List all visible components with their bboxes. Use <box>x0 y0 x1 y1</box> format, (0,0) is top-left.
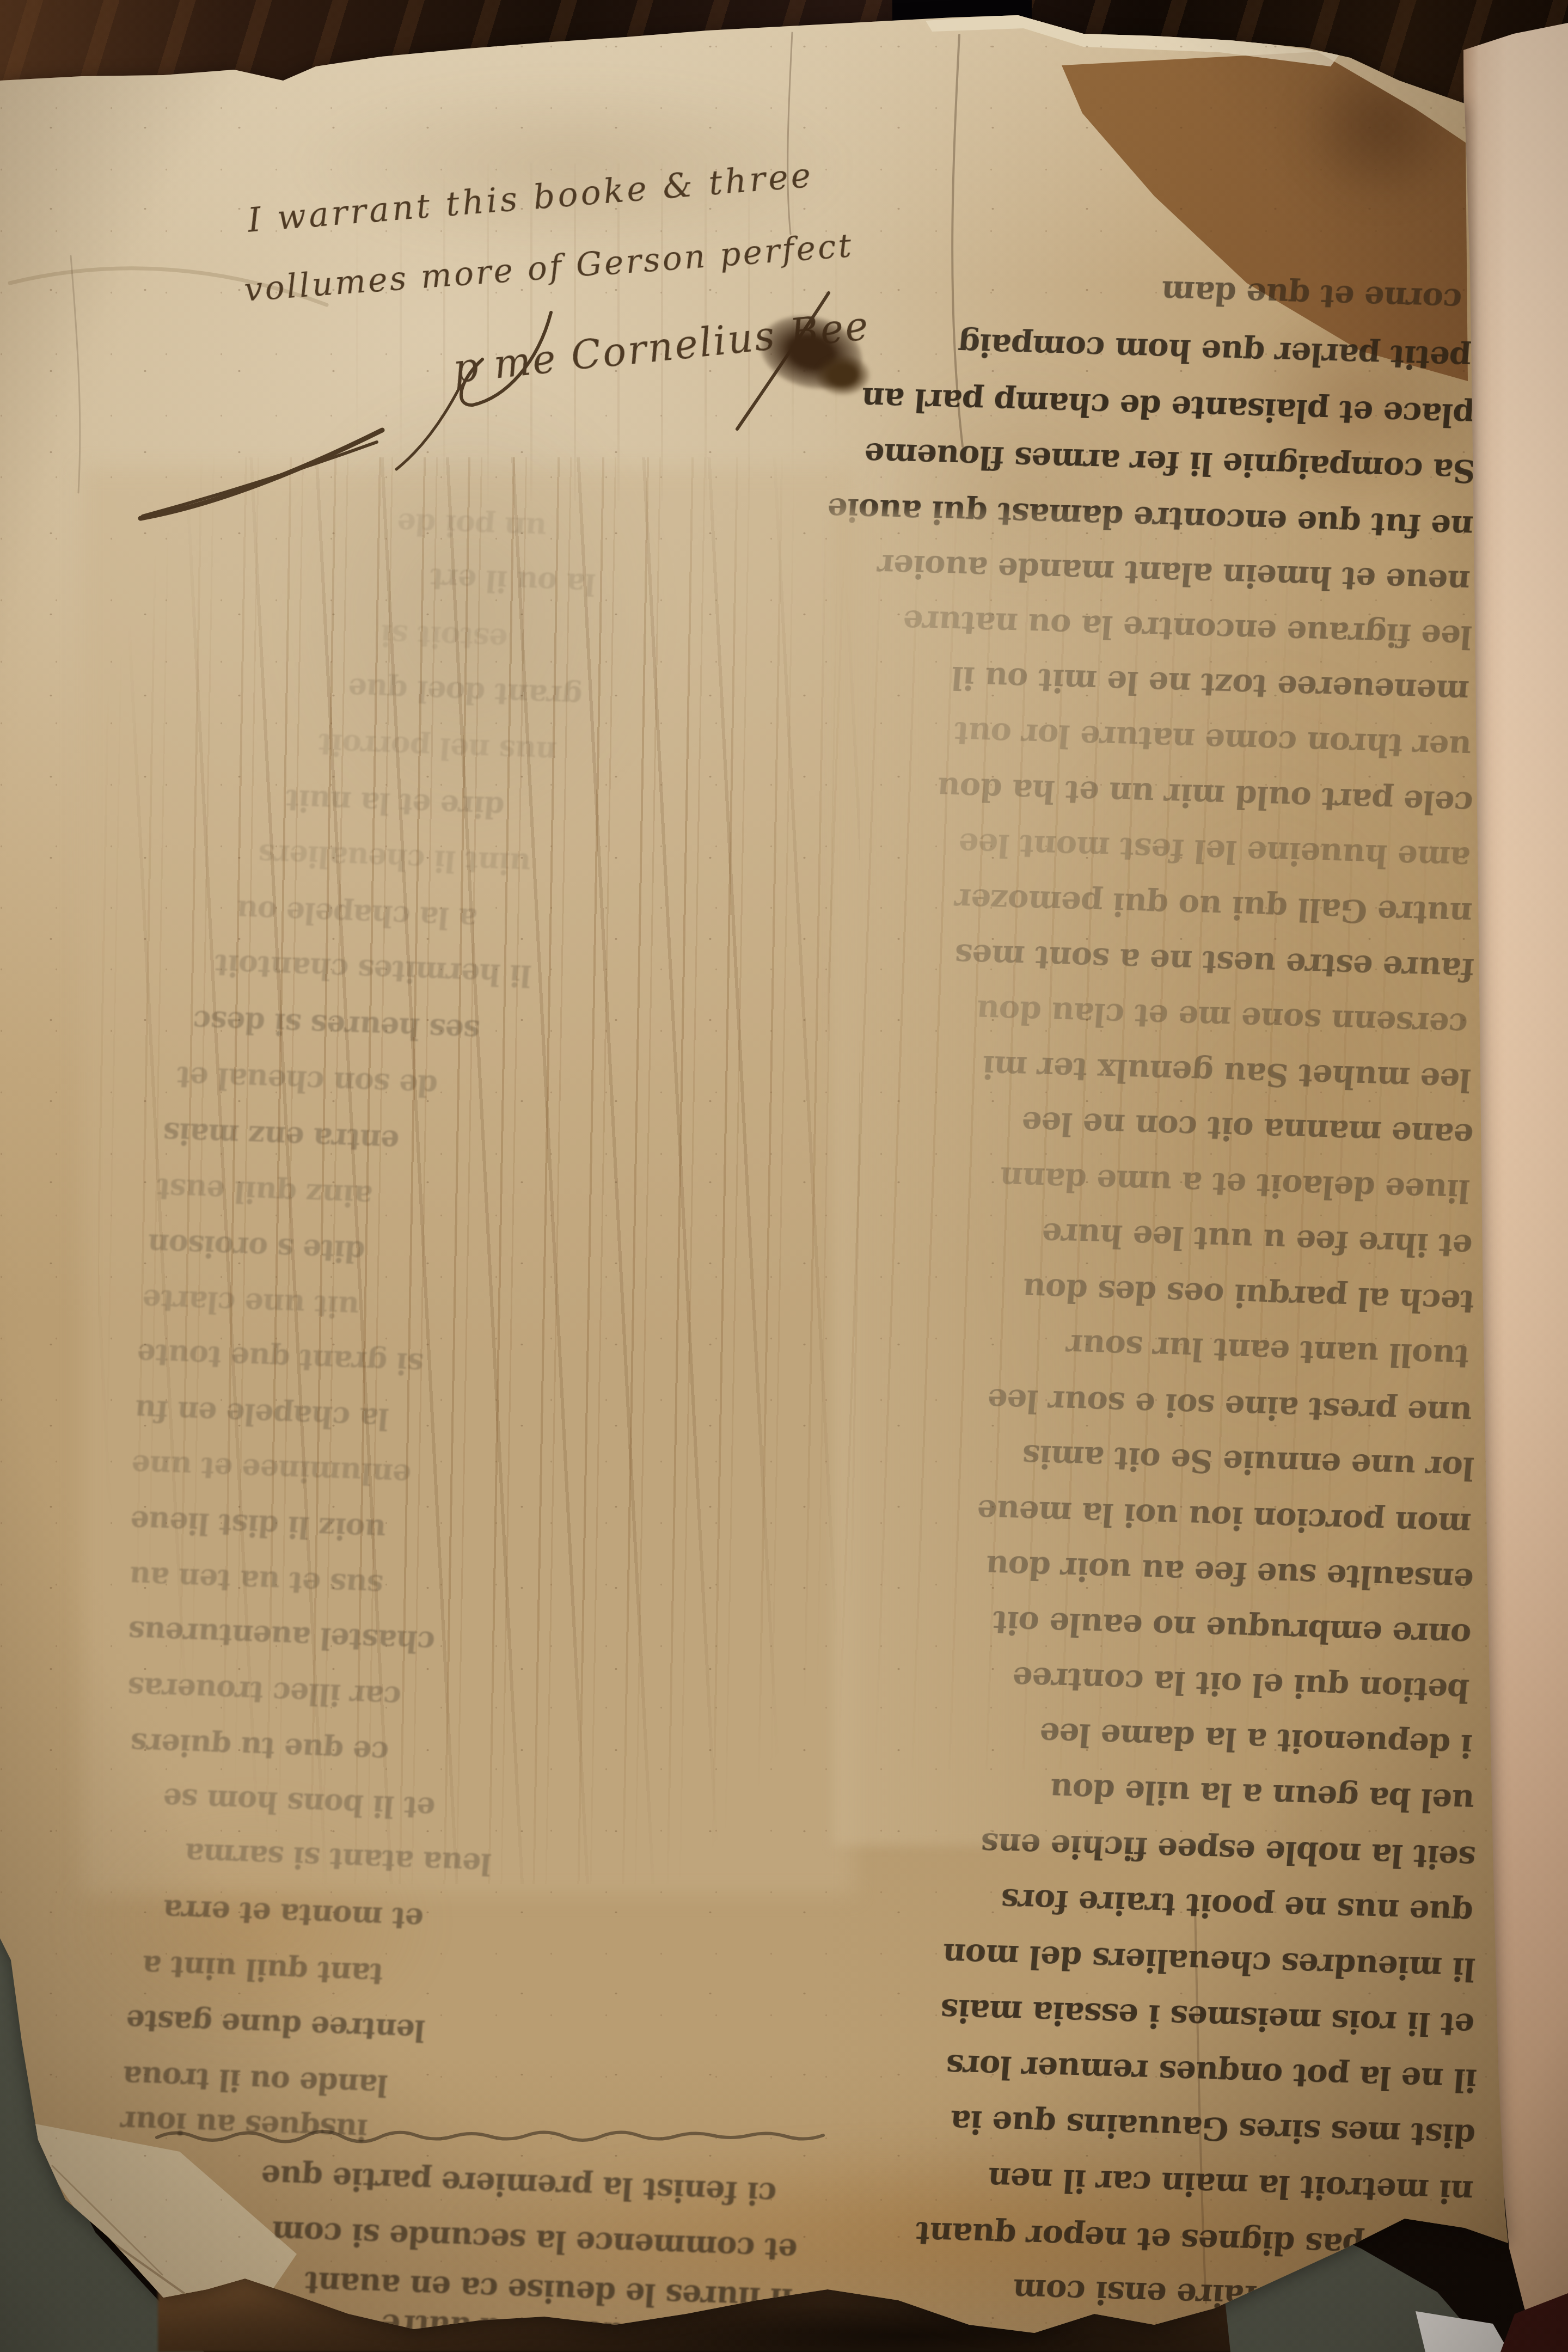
photo-manuscript-scene: un poi dela ou il ertestoit sigrant doel… <box>0 0 1568 2352</box>
vellum-leaf-wrap: un poi dela ou il ertestoit sigrant doel… <box>0 0 1568 2352</box>
vellum-leaf: un poi dela ou il ertestoit sigrant doel… <box>0 0 1568 2352</box>
leaf-shading <box>0 0 1568 2352</box>
